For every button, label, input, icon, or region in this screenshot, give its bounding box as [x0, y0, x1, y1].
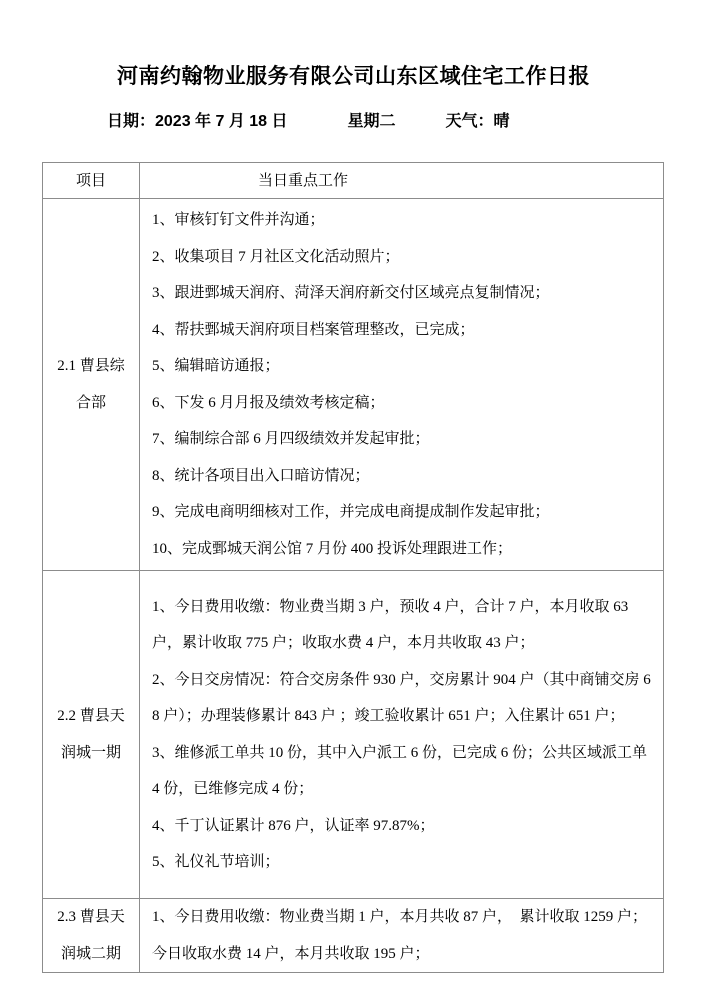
work-item: 1、今日费用收缴：物业费当期 1 户，本月共收 87 户， 累计收取 1259 …	[152, 899, 655, 972]
work-item: 2、今日交房情况：符合交房条件 930 户，交房累计 904 户（其中商铺交房 …	[152, 662, 655, 735]
work-item: 4、千丁认证累计 876 户，认证率 97.87%；	[152, 808, 655, 845]
column-header-project: 项目	[43, 163, 140, 198]
work-item: 6、下发 6 月月报及绩效考核定稿；	[152, 385, 655, 422]
work-report-table: 项目 当日重点工作 2.1 曹县综 合部 1、审核钉钉文件并沟通； 2、收集项目…	[42, 162, 664, 973]
work-items: 1、今日费用收缴：物业费当期 3 户，预收 4 户，合计 7 户，本月收取 63…	[140, 571, 663, 898]
column-header-work-label: 当日重点工作	[258, 171, 655, 191]
work-item: 4、帮扶鄄城天润府项目档案管理整改，已完成；	[152, 312, 655, 349]
work-item: 9、完成电商明细核对工作，并完成电商提成制作发起审批；	[152, 494, 655, 531]
table-row-caoxian-zonghebu: 2.1 曹县综 合部 1、审核钉钉文件并沟通； 2、收集项目 7 月社区文化活动…	[43, 198, 663, 570]
work-item: 3、跟进鄄城天润府、菏泽天润府新交付区域亮点复制情况；	[152, 275, 655, 312]
table-row-tianrun-city-phase2: 2.3 曹县天 润城二期 1、今日费用收缴：物业费当期 1 户，本月共收 87 …	[43, 898, 663, 972]
page-title: 河南约翰物业服务有限公司山东区域住宅工作日报	[0, 63, 707, 90]
work-item: 5、编辑暗访通报；	[152, 348, 655, 385]
work-item: 10、完成鄄城天润公馆 7 月份 400 投诉处理跟进工作；	[152, 531, 655, 568]
work-item: 5、礼仪礼节培训；	[152, 844, 655, 881]
weather-field: 天气：晴	[446, 113, 510, 130]
work-item: 2、收集项目 7 月社区文化活动照片；	[152, 239, 655, 276]
project-label: 2.2 曹县天 润城一期	[43, 571, 140, 898]
table-row-tianrun-city-phase1: 2.2 曹县天 润城一期 1、今日费用收缴：物业费当期 3 户，预收 4 户，合…	[43, 570, 663, 898]
work-items: 1、审核钉钉文件并沟通； 2、收集项目 7 月社区文化活动照片； 3、跟进鄄城天…	[140, 199, 663, 570]
work-item: 1、审核钉钉文件并沟通；	[152, 202, 655, 239]
table-header-row: 项目 当日重点工作	[43, 163, 663, 198]
work-item: 1、今日费用收缴：物业费当期 3 户，预收 4 户，合计 7 户，本月收取 63…	[152, 589, 655, 662]
column-header-work: 当日重点工作	[140, 163, 663, 198]
work-item: 8、统计各项目出入口暗访情况；	[152, 458, 655, 495]
weekday-field: 星期二	[348, 113, 396, 130]
work-items: 1、今日费用收缴：物业费当期 1 户，本月共收 87 户， 累计收取 1259 …	[140, 899, 663, 972]
work-item: 7、编制综合部 6 月四级绩效并发起审批；	[152, 421, 655, 458]
date-field: 日期：2023 年 7 月 18 日	[107, 113, 288, 130]
date-line: 日期：2023 年 7 月 18 日星期二天气：晴	[107, 111, 667, 132]
work-item: 3、维修派工单共 10 份，其中入户派工 6 份，已完成 6 份；公共区域派工单…	[152, 735, 655, 808]
project-label: 2.3 曹县天 润城二期	[43, 899, 140, 972]
project-label: 2.1 曹县综 合部	[43, 199, 140, 570]
